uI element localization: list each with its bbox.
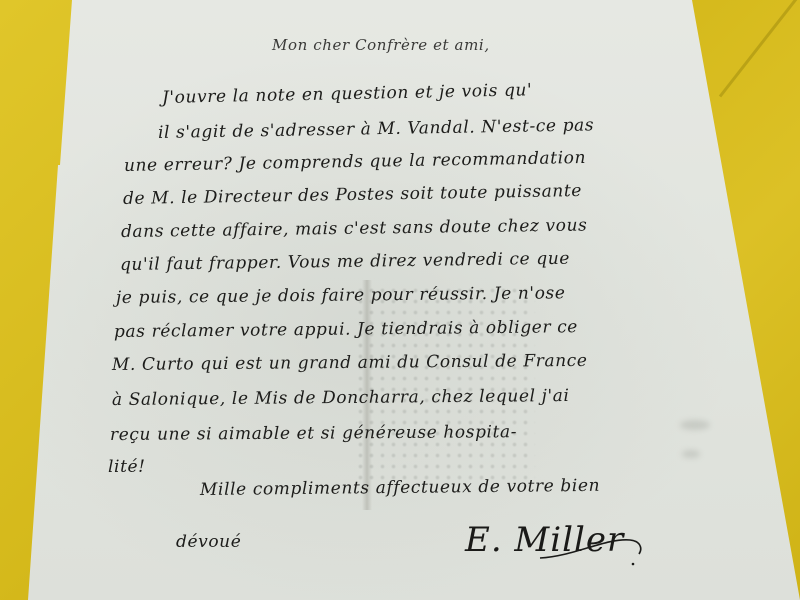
closing-word: dévoué [176,532,241,552]
salutation: Mon cher Confrère et ami, [272,36,490,54]
body-line-10: à Salonique, le Mis de Doncharra, chez l… [112,386,570,410]
signature-flourish-icon [535,528,645,568]
body-line-12: lité! [108,457,146,477]
body-line-5: dans cette affaire, mais c'est sans dout… [121,215,588,242]
body-line-2: il s'agit de s'adresser à M. Vandal. N'e… [158,115,595,143]
body-line-11: reçu une si aimable et si généreuse hosp… [110,422,517,445]
body-line-7: je puis, ce que je dois faire pour réuss… [116,283,566,308]
body-line-9: M. Curto qui est un grand ami du Consul … [112,351,588,375]
body-line-8: pas réclamer votre appui. Je tiendrais à… [114,317,578,342]
closing-line: Mille compliments affectueux de votre bi… [200,476,600,500]
body-line-3: une erreur? Je comprends que la recomman… [124,148,586,176]
letter-text: Mon cher Confrère et ami, J'ouvre la not… [0,0,800,600]
body-line-6: qu'il faut frapper. Vous me direz vendre… [120,249,570,275]
body-line-1: J'ouvre la note en question et je vois q… [162,80,533,108]
body-line-4: de M. le Directeur des Postes soit toute… [123,181,582,209]
